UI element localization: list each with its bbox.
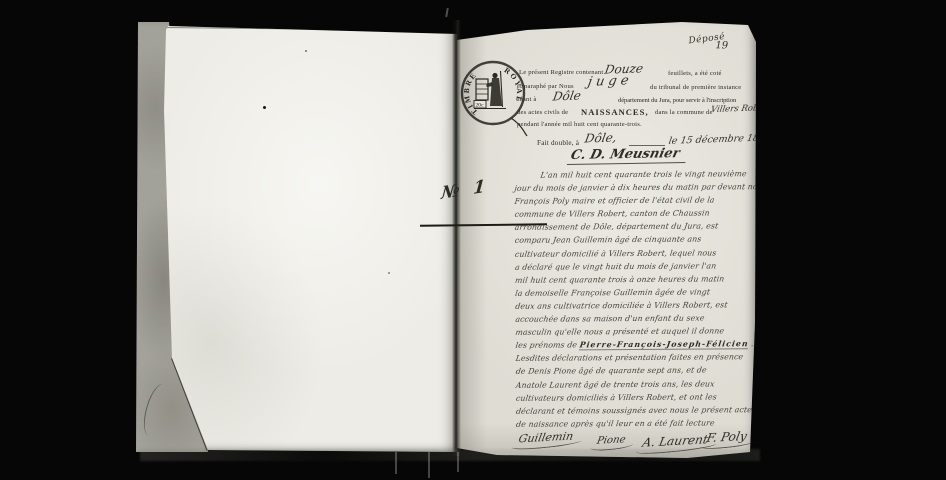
left-blank-page (150, 20, 457, 452)
form-line2-fill: juge (587, 73, 634, 90)
ink-speck (263, 106, 266, 109)
act-line: Anatole Laurent âgé de trente trois ans,… (515, 379, 755, 394)
binding-thread-mark (457, 452, 459, 472)
stamp-denomination-label: 20c (476, 103, 485, 109)
judge-signature: C. D. Meusnier (567, 146, 689, 165)
svg-text:TIMBRE: TIMBRE (462, 70, 480, 117)
signature-witness-1: Pione (596, 434, 627, 446)
page-top-edge-line (164, 27, 454, 31)
form-line1-printed-b: feuillets, a été coté (668, 70, 722, 77)
corner-annotation: Déposé 19 (688, 32, 729, 56)
signature-mayor: F. Poly (705, 429, 748, 445)
ink-speck (305, 50, 307, 52)
binding-thread-mark (428, 452, 430, 478)
scanned-register-photo: Déposé 19 TIMBRE ROYAL (0, 0, 946, 480)
binding-thread-mark (395, 452, 397, 474)
act-line: de Denis Pione âgé de quarante sept ans,… (515, 366, 755, 381)
act-line: a déclaré que le vingt huit du mois de j… (514, 261, 754, 276)
issue-place-fill: Dôle, (584, 130, 618, 145)
form-line2-printed-b: du tribunal de première instance (650, 84, 741, 91)
form-line4-printed-a: des actes civils de (517, 109, 568, 116)
book-bottom-edge-shadow (140, 449, 760, 461)
act-line: cultivateur domicilié à Villers Robert, … (514, 248, 754, 263)
book-spine-gutter (452, 20, 461, 456)
signature-declarant: Guillemin (517, 430, 574, 446)
open-register-book: Déposé 19 TIMBRE ROYAL (0, 0, 946, 480)
right-register-page: Déposé 19 TIMBRE ROYAL (457, 22, 756, 458)
ink-speck (388, 272, 390, 274)
form-line3-printed-b: département du Jura, pour servir à l'ins… (618, 97, 736, 104)
act-line: comparu Jean Guillemin âgé de cinquante … (514, 235, 754, 250)
form-line4-acts-type-label: NAISSANCES, (581, 107, 649, 117)
folio-number: 19 (715, 40, 728, 51)
names-prefix: les prénoms de (515, 341, 580, 350)
form-line5-printed: pendant l'année mil huit cent quarante-t… (517, 121, 642, 128)
issue-date-fill: le 15 décembre 1842. (668, 132, 776, 147)
stamp-arc-left-label: TIMBRE (462, 70, 480, 117)
form-line4-printed-b: dans la commune de (655, 109, 713, 116)
names-suffix: .... (748, 339, 762, 348)
binding-thread-mark (445, 8, 449, 17)
issue-line-printed: Fait double, à (537, 139, 579, 147)
act-line: cultivateurs domiciliés à Villers Robert… (515, 392, 755, 407)
act-line: déclarant et témoins soussignés avec nou… (515, 405, 755, 420)
child-given-names: Pierre-François-Joseph-Félicien (579, 339, 749, 350)
form-line3-printed-a: séant à (517, 96, 537, 103)
form-line3-fill: Dôle (552, 89, 582, 104)
birth-act-handwritten-text: L'an mil huit cent quarante trois le vin… (514, 169, 754, 433)
form-line4-fill: Villers Robert (710, 103, 772, 115)
